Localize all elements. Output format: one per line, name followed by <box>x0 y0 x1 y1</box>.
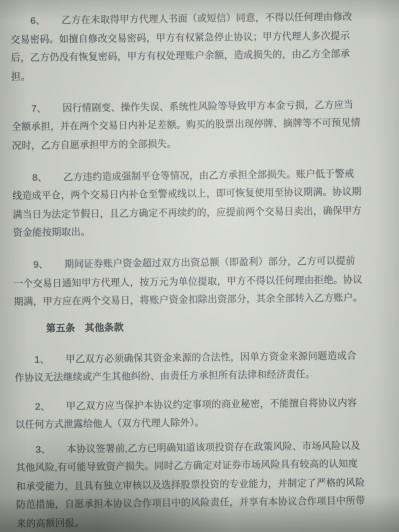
clause-number: 7、 <box>31 103 46 114</box>
clause-number: 6、 <box>30 16 45 27</box>
document-photo: 6、乙方在未取得甲方代理人书面（或短信）同意，不得以任何理由修改 交易密码。如擅… <box>0 0 399 532</box>
clause-paragraph-9: 9、期间证券账户资金超过双方出资总额（即盈利）部分，乙方可以提前 一个交易日通知… <box>13 253 382 313</box>
clause-text: 本协议签署前,乙方已明确知道该项投资存在政策风险、市场风险以及 其他风险,有可能… <box>16 440 366 529</box>
clause-number: 3、 <box>35 444 50 455</box>
clause-text: 甲乙双方必须确保其资金来源的合法性，因单方资金来源问题造成合 作协议无法继续或产… <box>15 350 357 384</box>
clause-text: 期间证券账户资金超过双方出资总额（即盈利）部分，乙方可以提前 一个交易日通知甲方… <box>13 256 362 308</box>
clause-text: 乙方违约造成强制平仓等情况，由乙方承担全部损失。账户低于警戒 线造成平仓，两个交… <box>12 168 361 239</box>
other-clause-paragraph-2: 2、甲乙双方应当保护本协议约定事项的商业秘密，不能擅自将协议内容 以任何方式泄露… <box>15 394 383 435</box>
clause-paragraph-8: 8、乙方违约造成强制平仓等情况，由乙方承担全部损失。账户低于警戒 线造成平仓，两… <box>12 165 381 243</box>
contract-page: 6、乙方在未取得甲方代理人书面（或短信）同意，不得以任何理由修改 交易密码。如擅… <box>0 0 399 532</box>
clause-paragraph-6: 6、乙方在未取得甲方代理人书面（或短信）同意，不得以任何理由修改 交易密码。如擅… <box>10 9 379 87</box>
section-heading: 第五条 其他条款 <box>14 316 382 339</box>
other-clause-paragraph-3: 3、本协议签署前,乙方已明确知道该项投资存在政策风险、市场风险以及 其他风险,有… <box>15 437 384 532</box>
clause-number: 8、 <box>32 172 47 183</box>
clause-text: 因行情剧变、操作失误、系统性风险等导致甲方本金亏损，乙方应当 全额承担，并在两个… <box>12 99 361 151</box>
other-clause-paragraph-1: 1、甲乙双方必须确保其资金来源的合法性，因单方资金来源问题造成合 作协议无法继续… <box>14 347 382 388</box>
clause-text: 乙方在未取得甲方代理人书面（或短信）同意，不得以任何理由修改 交易密码。如擅自修… <box>10 12 352 83</box>
clause-text: 甲乙双方应当保护本协议约定事项的商业秘密，不能擅自将协议内容 以任何方式泄露给他… <box>15 397 357 431</box>
clause-number: 2、 <box>35 401 50 412</box>
clause-number: 9、 <box>33 260 48 271</box>
clause-paragraph-7: 7、因行情剧变、操作失误、系统性风险等导致甲方本金亏损，乙方应当 全额承担，并在… <box>11 96 380 156</box>
clause-number: 1、 <box>34 354 49 365</box>
